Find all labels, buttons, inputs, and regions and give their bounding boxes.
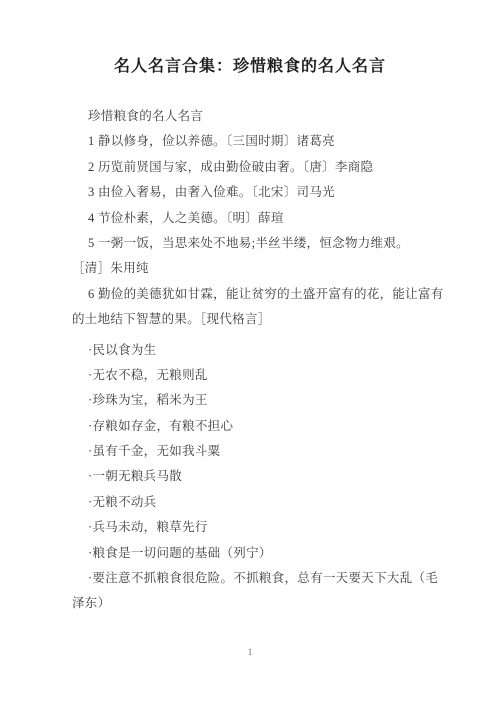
document-body: 珍惜粮食的名人名言1 静以修身，俭以养德。〔三国时期〕诸葛亮2 历览前贤国与家，… [0,77,500,617]
text-line: 珍惜粮食的名人名言 [72,104,440,129]
bullet-line: ·无粮不动兵 [72,490,440,515]
bullet-line: ·虽有千金，无如我斗粟 [72,439,440,464]
text-line: ［清］朱用纯 [72,256,440,281]
text-line: 5 一粥一饭，当思来处不地易;半丝半缕，恒念物力维艰。 [72,231,440,256]
text-line: 4 节俭朴素，人之美德。〔明〕薛瑄 [72,206,440,231]
text-line: 3 由俭入奢易，由奢入俭难。〔北宋〕司马光 [72,180,440,205]
bullet-line: ·兵马未动，粮草先行 [72,515,440,540]
document-page: 名人名言合集：珍惜粮食的名人名言 珍惜粮食的名人名言1 静以修身，俭以养德。〔三… [0,0,500,707]
bullet-line: ·粮食是一切问题的基础（列宁） [72,541,440,566]
text-line: 泽东） [72,591,440,616]
text-line: 6 勤俭的美德犹如甘霖，能让贫穷的土盛开富有的花，能让富有 [72,282,440,307]
page-title: 名人名言合集：珍惜粮食的名人名言 [0,0,500,77]
bullet-line: ·无农不稳，无粮则乱 [72,363,440,388]
text-line: 1 静以修身，俭以养德。〔三国时期〕诸葛亮 [72,129,440,154]
bullet-line: ·珍珠为宝，稻米为王 [72,388,440,413]
text-line: 的土地结下智慧的果。［现代格言］ [72,307,440,332]
bullet-line: ·民以食为生 [72,338,440,363]
bullet-line: ·存粮如存金，有粮不担心 [72,414,440,439]
bullet-line: ·要注意不抓粮食很危险。不抓粮食，总有一天要天下大乱（毛 [72,566,440,591]
text-line: 2 历览前贤国与家，成由勤俭破由奢。〔唐〕李商隐 [72,155,440,180]
page-number: 1 [0,647,500,657]
bullet-line: ·一朝无粮兵马散 [72,464,440,489]
